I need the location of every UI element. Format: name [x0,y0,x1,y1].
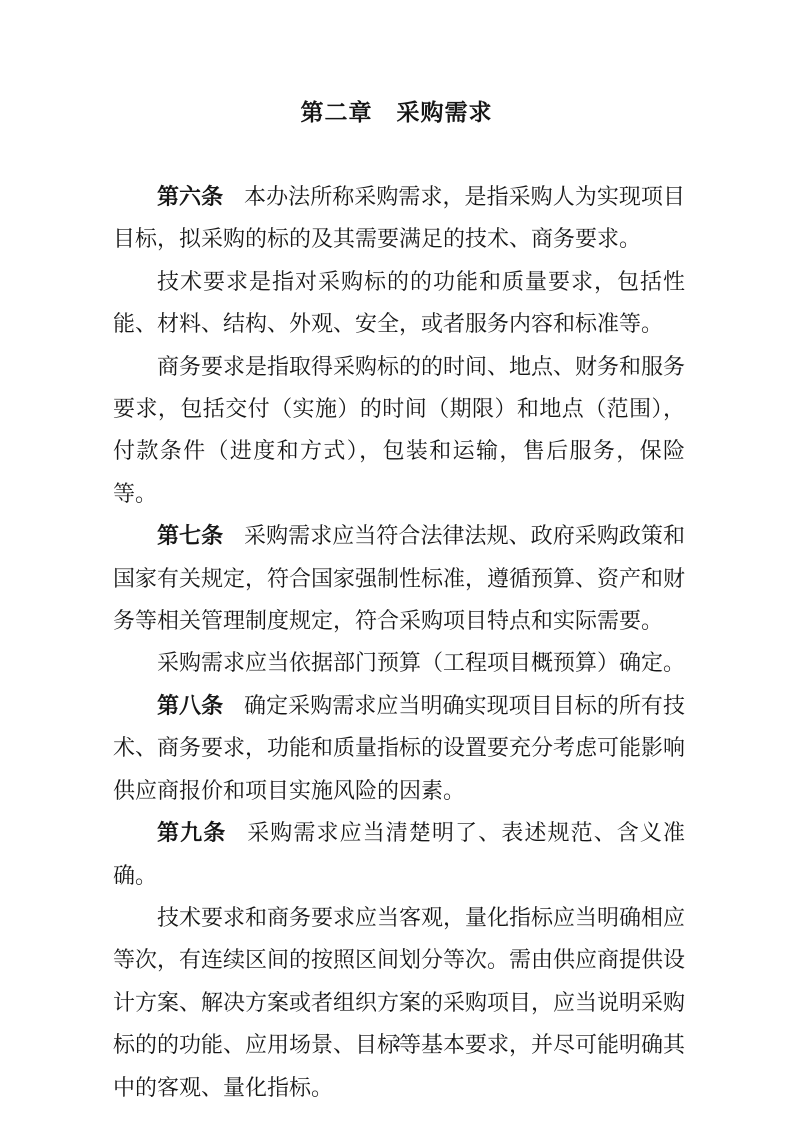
article-number: 第七条 [157,523,223,548]
paragraph-text: 技术要求和商务要求应当客观，量化指标应当明确相应等次，有连续区间的按照区间划分等… [113,905,685,1100]
page-number: 2 [0,1033,793,1053]
paragraph: 技术要求是指对采购标的的功能和质量要求，包括性能、材料、结构、外观、安全，或者服… [113,261,685,346]
article-number: 第六条 [157,184,223,209]
article-number: 第九条 [157,820,226,845]
paragraph: 采购需求应当依据部门预算（工程项目概预算）确定。 [113,642,685,684]
paragraph: 第九条采购需求应当清楚明了、表述规范、含义准确。 [113,812,685,897]
paragraph: 第六条本办法所称采购需求，是指采购人为实现项目目标，拟采购的标的及其需要满足的技… [113,176,685,261]
paragraph-text: 技术要求是指对采购标的的功能和质量要求，包括性能、材料、结构、外观、安全，或者服… [113,269,685,336]
paragraph-text: 商务要求是指取得采购标的的时间、地点、财务和服务要求，包括交付（实施）的时间（期… [113,354,685,506]
chapter-title: 第二章 采购需求 [0,0,793,128]
article-number: 第八条 [157,693,223,718]
document-body: 第六条本办法所称采购需求，是指采购人为实现项目目标，拟采购的标的及其需要满足的技… [113,176,685,1109]
paragraph: 商务要求是指取得采购标的的时间、地点、财务和服务要求，包括交付（实施）的时间（期… [113,346,685,516]
paragraph: 技术要求和商务要求应当客观，量化指标应当明确相应等次，有连续区间的按照区间划分等… [113,897,685,1109]
paragraph-text: 采购需求应当依据部门预算（工程项目概预算）确定。 [157,650,685,675]
document-page: 第二章 采购需求 第六条本办法所称采购需求，是指采购人为实现项目目标，拟采购的标… [0,0,793,1122]
paragraph: 第八条确定采购需求应当明确实现项目目标的所有技术、商务要求，功能和质量指标的设置… [113,685,685,812]
paragraph: 第七条采购需求应当符合法律法规、政府采购政策和国家有关规定，符合国家强制性标准，… [113,515,685,642]
